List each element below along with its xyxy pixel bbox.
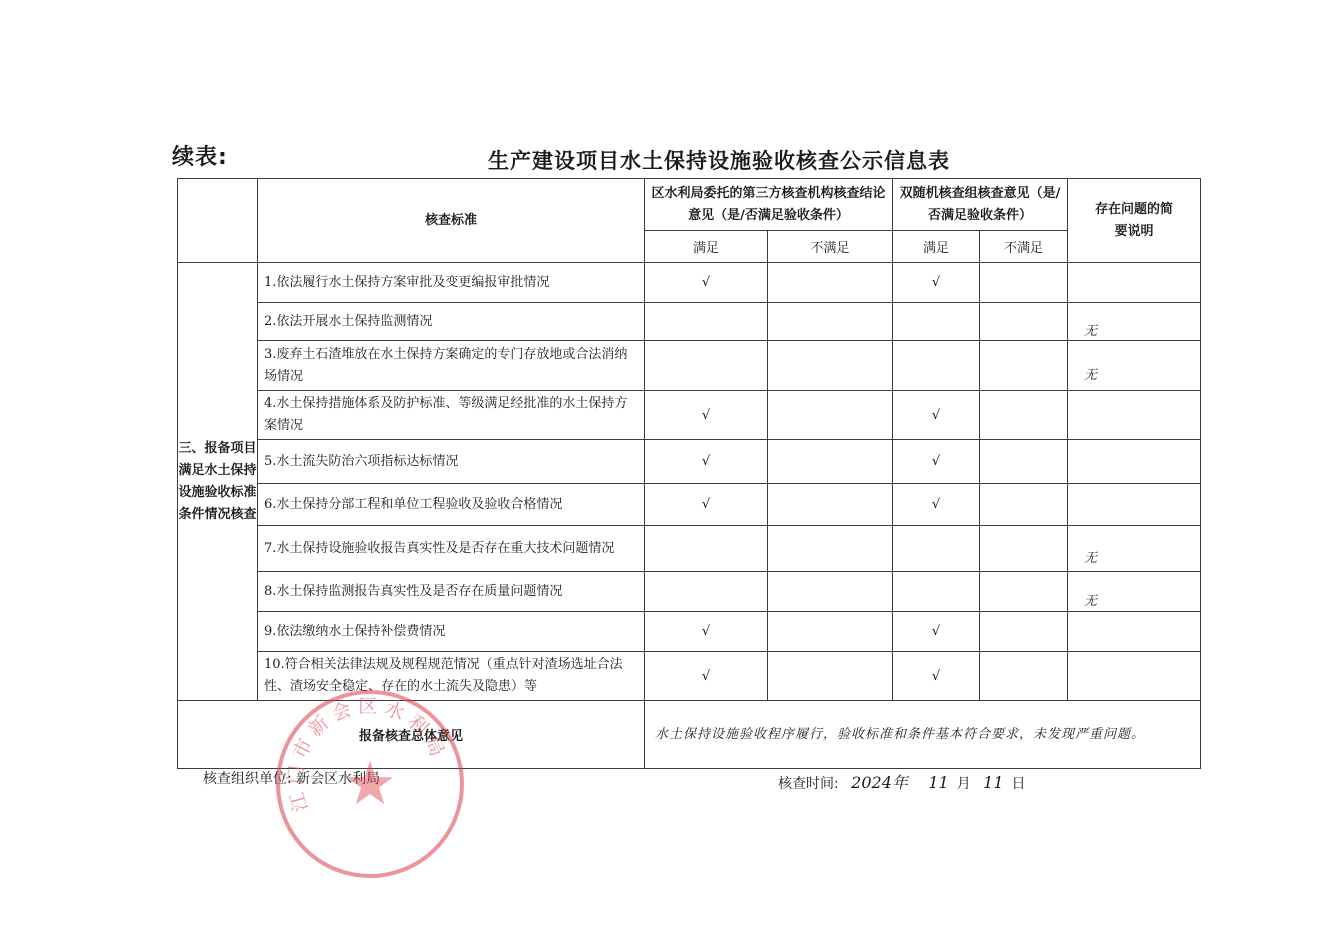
random-team-satisfied-check: √	[893, 391, 980, 440]
corner-cell	[178, 179, 258, 263]
third-party-not-satisfied-check	[768, 440, 893, 484]
third-party-satisfied-check: √	[645, 484, 768, 526]
criterion-cell: 9.依法缴纳水土保持补偿费情况	[258, 612, 645, 652]
random-team-satisfied-check	[893, 303, 980, 341]
criterion-cell: 4.水土保持措施体系及防护标准、等级满足经批准的水土保持方案情况	[258, 391, 645, 440]
random-team-not-satisfied-check	[980, 263, 1068, 303]
random-team-not-satisfied-check	[980, 440, 1068, 484]
inspection-date-line: 核查时间: 2024年 11月 11日	[778, 770, 1026, 793]
criterion-cell: 2.依法开展水土保持监测情况	[258, 303, 645, 341]
random-team-satisfied-check: √	[893, 484, 980, 526]
month-unit: 月	[957, 776, 971, 792]
issue-note: 无	[1068, 341, 1201, 391]
third-party-not-satisfied-header: 不满足	[768, 231, 893, 263]
third-party-header: 区水利局委托的第三方核查机构核查结论意见（是/否满足验收条件）	[645, 179, 893, 231]
date-label: 核查时间:	[778, 776, 839, 792]
third-party-not-satisfied-check	[768, 652, 893, 701]
random-team-not-satisfied-check	[980, 572, 1068, 612]
issue-note: 无	[1068, 572, 1201, 612]
date-month: 11	[928, 773, 948, 792]
random-team-satisfied-check: √	[893, 440, 980, 484]
random-team-not-satisfied-check	[980, 612, 1068, 652]
issue-note: 无	[1068, 303, 1201, 341]
issue-note	[1068, 440, 1201, 484]
organization-label: 核查组织单位:	[203, 771, 292, 787]
third-party-satisfied-check	[645, 526, 768, 572]
random-team-not-satisfied-check	[980, 652, 1068, 701]
random-team-satisfied-check	[893, 341, 980, 391]
table-row: 2.依法开展水土保持监测情况无	[178, 303, 1201, 341]
criterion-cell: 8.水土保持监测报告真实性及是否存在质量问题情况	[258, 572, 645, 612]
third-party-not-satisfied-check	[768, 263, 893, 303]
third-party-satisfied-check: √	[645, 612, 768, 652]
issues-header: 存在问题的简要说明	[1068, 179, 1201, 263]
third-party-satisfied-check: √	[645, 391, 768, 440]
issue-note	[1068, 263, 1201, 303]
third-party-satisfied-check: √	[645, 652, 768, 701]
issue-note	[1068, 391, 1201, 440]
inspection-table: 核查标准 区水利局委托的第三方核查机构核查结论意见（是/否满足验收条件） 双随机…	[177, 178, 1201, 769]
criterion-cell: 1.依法履行水土保持方案审批及变更编报审批情况	[258, 263, 645, 303]
date-year: 2024年	[851, 773, 908, 792]
issue-note: 无	[1068, 526, 1201, 572]
summary-label: 报备核查总体意见	[178, 701, 645, 769]
issue-note	[1068, 612, 1201, 652]
random-team-not-satisfied-check	[980, 391, 1068, 440]
table-row: 9.依法缴纳水土保持补偿费情况√√	[178, 612, 1201, 652]
issue-note	[1068, 484, 1201, 526]
third-party-not-satisfied-check	[768, 484, 893, 526]
continuation-label: 续表:	[172, 140, 228, 171]
third-party-not-satisfied-check	[768, 391, 893, 440]
criterion-cell: 6.水土保持分部工程和单位工程验收及验收合格情况	[258, 484, 645, 526]
third-party-satisfied-check	[645, 341, 768, 391]
table-row: 三、报备项目满足水土保持设施验收标准条件情况核查1.依法履行水土保持方案审批及变…	[178, 263, 1201, 303]
criterion-cell: 10.符合相关法律法规及规程规范情况（重点针对渣场选址合法性、渣场安全稳定、存在…	[258, 652, 645, 701]
organization-line: 核查组织单位: 新会区水利局	[203, 768, 380, 788]
third-party-not-satisfied-check	[768, 572, 893, 612]
random-team-satisfied-header: 满足	[893, 231, 980, 263]
document-title: 生产建设项目水土保持设施验收核查公示信息表	[488, 145, 950, 175]
random-team-satisfied-check: √	[893, 263, 980, 303]
organization-value: 新会区水利局	[296, 771, 380, 787]
table-row: 3.废弃土石渣堆放在水土保持方案确定的专门存放地或合法消纳场情况无	[178, 341, 1201, 391]
third-party-satisfied-header: 满足	[645, 231, 768, 263]
random-team-satisfied-check	[893, 526, 980, 572]
table-row: 10.符合相关法律法规及规程规范情况（重点针对渣场选址合法性、渣场安全稳定、存在…	[178, 652, 1201, 701]
third-party-not-satisfied-check	[768, 612, 893, 652]
random-team-not-satisfied-header: 不满足	[980, 231, 1068, 263]
third-party-satisfied-check	[645, 572, 768, 612]
summary-row: 报备核查总体意见水土保持设施验收程序履行，验收标准和条件基本符合要求，未发现严重…	[178, 701, 1201, 769]
random-team-not-satisfied-check	[980, 526, 1068, 572]
random-team-not-satisfied-check	[980, 303, 1068, 341]
third-party-satisfied-check: √	[645, 440, 768, 484]
day-unit: 日	[1012, 776, 1026, 792]
date-day: 11	[983, 773, 1003, 792]
random-team-satisfied-check: √	[893, 612, 980, 652]
issue-note	[1068, 652, 1201, 701]
table-row: 8.水土保持监测报告真实性及是否存在质量问题情况无	[178, 572, 1201, 612]
third-party-satisfied-check	[645, 303, 768, 341]
criterion-cell: 5.水土流失防治六项指标达标情况	[258, 440, 645, 484]
third-party-not-satisfied-check	[768, 526, 893, 572]
table-row: 4.水土保持措施体系及防护标准、等级满足经批准的水土保持方案情况√√	[178, 391, 1201, 440]
third-party-satisfied-check: √	[645, 263, 768, 303]
criteria-header: 核查标准	[258, 179, 645, 263]
table-row: 5.水土流失防治六项指标达标情况√√	[178, 440, 1201, 484]
third-party-not-satisfied-check	[768, 303, 893, 341]
section-label: 三、报备项目满足水土保持设施验收标准条件情况核查	[178, 263, 258, 701]
random-team-satisfied-check	[893, 572, 980, 612]
third-party-not-satisfied-check	[768, 341, 893, 391]
table-row: 6.水土保持分部工程和单位工程验收及验收合格情况√√	[178, 484, 1201, 526]
random-team-not-satisfied-check	[980, 341, 1068, 391]
criterion-cell: 3.废弃土石渣堆放在水土保持方案确定的专门存放地或合法消纳场情况	[258, 341, 645, 391]
random-team-satisfied-check: √	[893, 652, 980, 701]
summary-opinion: 水土保持设施验收程序履行，验收标准和条件基本符合要求，未发现严重问题。	[645, 701, 1201, 769]
random-team-not-satisfied-check	[980, 484, 1068, 526]
criterion-cell: 7.水土保持设施验收报告真实性及是否存在重大技术问题情况	[258, 526, 645, 572]
random-team-header: 双随机核查组核查意见（是/否满足验收条件）	[893, 179, 1068, 231]
table-row: 7.水土保持设施验收报告真实性及是否存在重大技术问题情况无	[178, 526, 1201, 572]
